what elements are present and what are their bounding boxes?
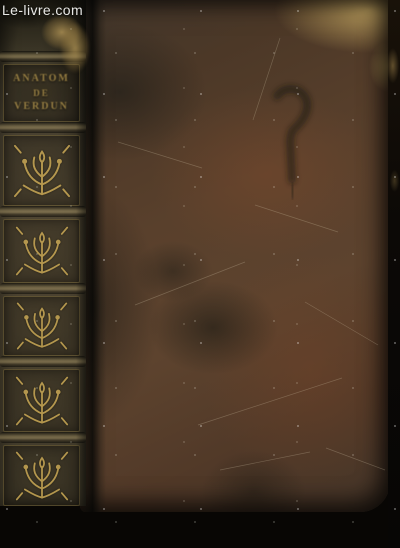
spine-raised-band (0, 206, 86, 217)
spine-compartment (3, 135, 80, 206)
spine-compartment (3, 445, 80, 506)
cover-stain-mark (277, 89, 307, 196)
spine-compartment (3, 296, 80, 356)
book-front-cover (80, 0, 390, 512)
gilt-fleuron-icon (10, 449, 74, 503)
book-page-edge (388, 0, 400, 548)
spine-label-line: VERDUN (14, 101, 69, 113)
watermark-text: Le-livre.com (2, 2, 83, 18)
spine-raised-band (0, 283, 86, 294)
spine-compartment (3, 369, 80, 432)
spine-compartment (3, 219, 80, 283)
spine-raised-band (0, 432, 86, 443)
cover-scratches (118, 38, 385, 470)
cover-stains-and-scratches (80, 0, 390, 512)
gilt-fleuron-icon (10, 142, 74, 200)
spine-raised-band (0, 122, 86, 133)
book-photo: ANATOM DE VERDUN Le-livre.com (0, 0, 400, 548)
gilt-fleuron-icon (11, 374, 73, 428)
spine-raised-band (0, 356, 86, 367)
gilt-fleuron-icon (11, 224, 73, 278)
spine-label-line: DE (33, 87, 50, 99)
hinge-worn-patch (56, 16, 94, 80)
gilt-fleuron-icon (11, 300, 73, 352)
